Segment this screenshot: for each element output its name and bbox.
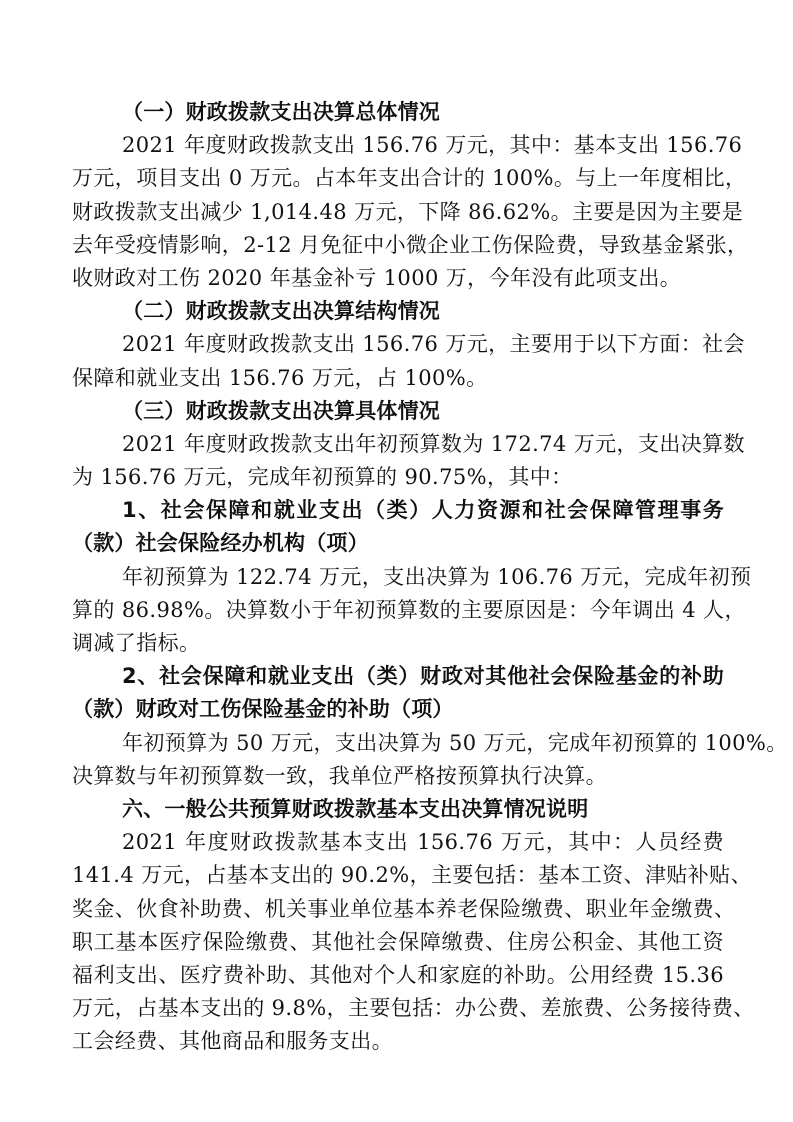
paragraph-line: 2021 年度财政拨款支出 156.76 万元，主要用于以下方面：社会 [72, 328, 724, 361]
paragraph-line: 工会经费、其他商品和服务支出。 [72, 1025, 724, 1058]
paragraph-line: 调减了指标。 [72, 627, 724, 660]
section-heading: （二）财政拨款支出决算结构情况 [72, 295, 724, 328]
paragraph-line: 年初预算为 50 万元，支出决算为 50 万元，完成年初预算的 100%。 [72, 727, 724, 760]
paragraph-line: 算的 86.98%。决算数小于年初预算数的主要原因是：今年调出 4 人， [72, 594, 724, 627]
subsection-heading: （款）社会保险经办机构（项） [72, 527, 724, 560]
paragraph-line: 收财政对工伤 2020 年基金补亏 1000 万，今年没有此项支出。 [72, 262, 724, 295]
section-heading: （三）财政拨款支出决算具体情况 [72, 395, 724, 428]
paragraph-line: 2021 年度财政拨款支出年初预算数为 172.74 万元，支出决算数 [72, 428, 724, 461]
document-page: （一）财政拨款支出决算总体情况 2021 年度财政拨款支出 156.76 万元，… [72, 96, 724, 1058]
paragraph-line: 141.4 万元，占基本支出的 90.2%，主要包括：基本工资、津贴补贴、 [72, 859, 724, 892]
subsection-heading: 1、社会保障和就业支出（类）人力资源和社会保障管理事务 [72, 494, 724, 527]
paragraph-line: 去年受疫情影响，2-12 月免征中小微企业工伤保险费，导致基金紧张， [72, 229, 724, 262]
section-heading: 六、一般公共预算财政拨款基本支出决算情况说明 [72, 793, 724, 826]
paragraph-line: 福利支出、医疗费补助、其他对个人和家庭的补助。公用经费 15.36 [72, 959, 724, 992]
paragraph-line: 为 156.76 万元，完成年初预算的 90.75%，其中： [72, 461, 724, 494]
paragraph-line: 2021 年度财政拨款支出 156.76 万元，其中：基本支出 156.76 [72, 129, 724, 162]
paragraph-line: 2021 年度财政拨款基本支出 156.76 万元，其中：人员经费 [72, 826, 724, 859]
section-heading: （一）财政拨款支出决算总体情况 [72, 96, 724, 129]
paragraph-line: 奖金、伙食补助费、机关事业单位基本养老保险缴费、职业年金缴费、 [72, 893, 724, 926]
paragraph-line: 职工基本医疗保险缴费、其他社会保障缴费、住房公积金、其他工资 [72, 926, 724, 959]
paragraph-line: 万元，占基本支出的 9.8%，主要包括：办公费、差旅费、公务接待费、 [72, 992, 724, 1025]
paragraph-line: 决算数与年初预算数一致，我单位严格按预算执行决算。 [72, 760, 724, 793]
paragraph-line: 万元，项目支出 0 万元。占本年支出合计的 100%。与上一年度相比， [72, 162, 724, 195]
subsection-heading: （款）财政对工伤保险基金的补助（项） [72, 693, 724, 726]
subsection-heading: 2、社会保障和就业支出（类）财政对其他社会保险基金的补助 [72, 660, 724, 693]
paragraph-line: 财政拨款支出减少 1,014.48 万元，下降 86.62%。主要是因为主要是 [72, 196, 724, 229]
paragraph-line: 保障和就业支出 156.76 万元，占 100%。 [72, 362, 724, 395]
paragraph-line: 年初预算为 122.74 万元，支出决算为 106.76 万元，完成年初预 [72, 561, 724, 594]
